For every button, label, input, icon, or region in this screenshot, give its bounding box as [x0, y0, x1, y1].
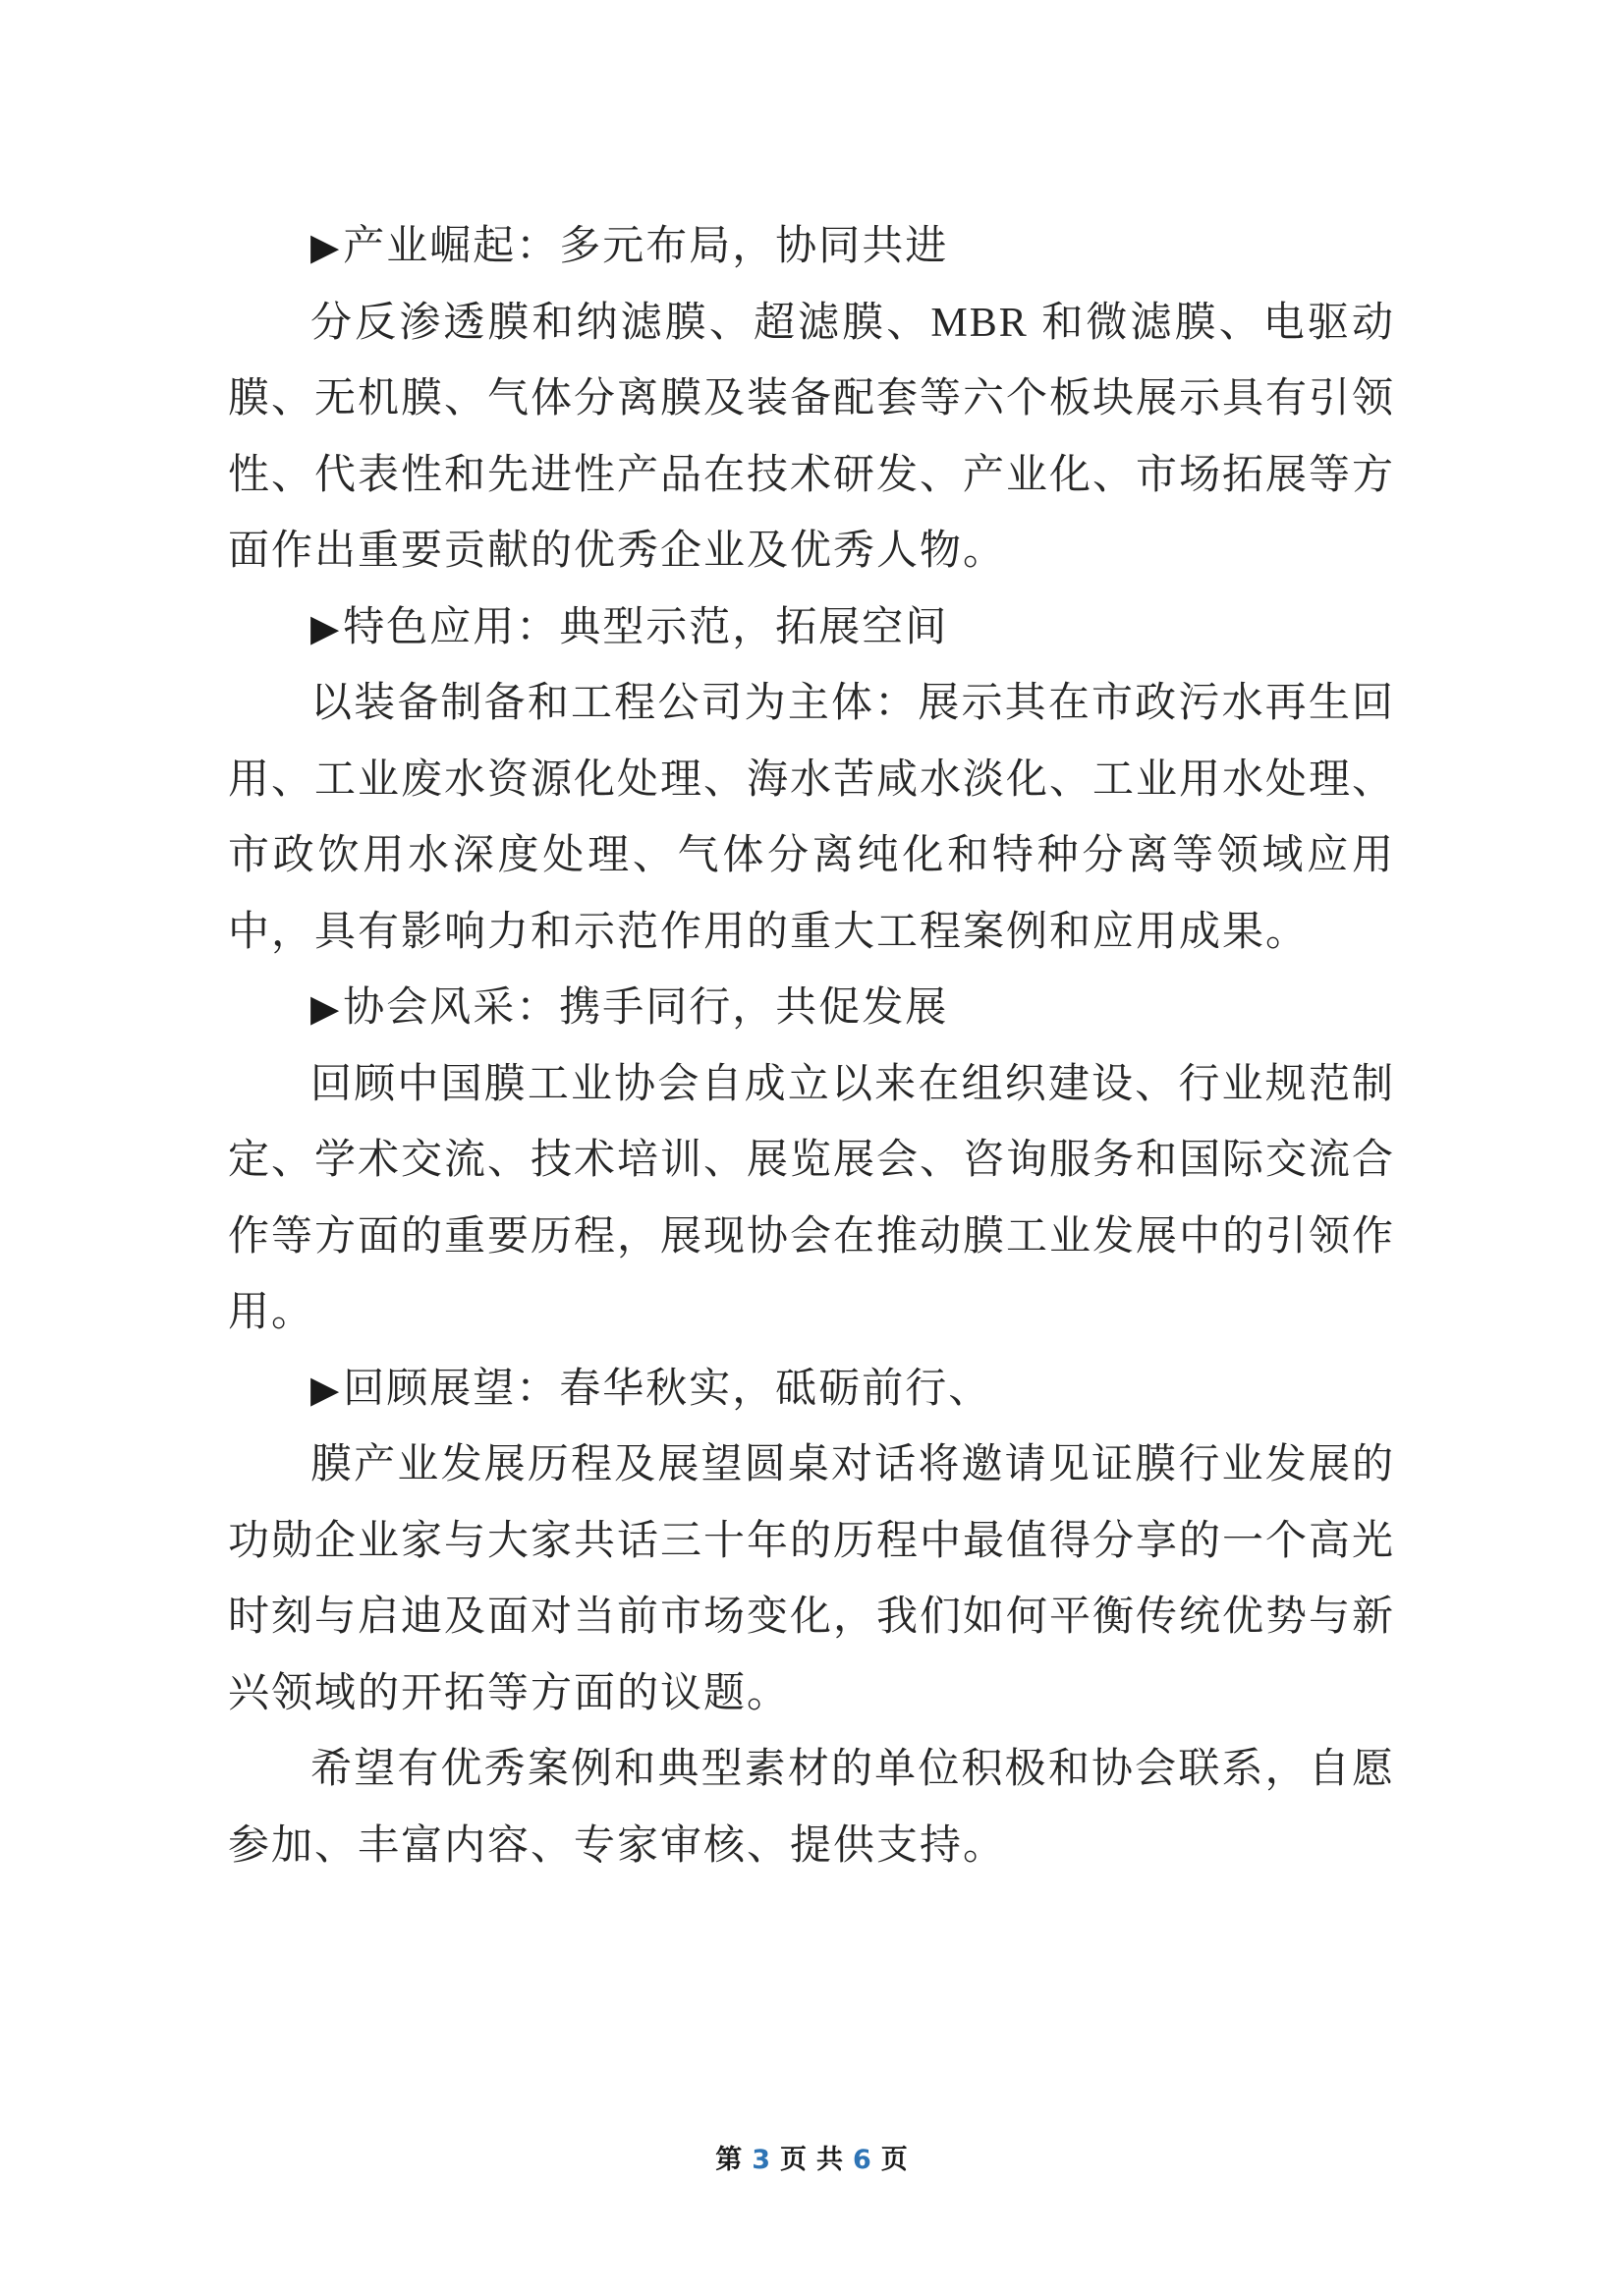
- document-page: ▶产业崛起：多元布局，协同共进 分反渗透膜和纳滤膜、超滤膜、MBR 和微滤膜、电…: [0, 0, 1623, 2296]
- triangle-bullet-icon: ▶: [310, 986, 341, 1030]
- section-paragraph: 以装备制备和工程公司为主体：展示其在市政污水再生回用、工业废水资源化处理、海水苦…: [228, 666, 1395, 971]
- footer-label: 页: [780, 2145, 807, 2175]
- page-footer: 第3页共6页: [0, 2138, 1623, 2176]
- section-paragraph: 膜产业发展历程及展望圆桌对话将邀请见证膜行业发展的功勋企业家与大家共话三十年的历…: [228, 1428, 1395, 1732]
- heading-text: 特色应用：典型示范，拓展空间: [343, 605, 948, 650]
- current-page-number: 3: [752, 2145, 770, 2175]
- section-heading-review-outlook: ▶回顾展望：春华秋实，砥砺前行、: [228, 1352, 1395, 1428]
- section-paragraph: 回顾中国膜工业协会自成立以来在组织建设、行业规范制定、学术交流、技术培训、展览展…: [228, 1047, 1395, 1352]
- section-heading-featured-applications: ▶特色应用：典型示范，拓展空间: [228, 590, 1395, 667]
- heading-text: 回顾展望：春华秋实，砥砺前行、: [343, 1367, 991, 1412]
- section-heading-association-highlights: ▶协会风采：携手同行，共促发展: [228, 971, 1395, 1047]
- footer-label: 共: [816, 2145, 843, 2175]
- document-content: ▶产业崛起：多元布局，协同共进 分反渗透膜和纳滤膜、超滤膜、MBR 和微滤膜、电…: [228, 209, 1395, 1884]
- triangle-bullet-icon: ▶: [310, 606, 341, 649]
- section-paragraph: 希望有优秀案例和典型素材的单位积极和协会联系，自愿参加、丰富内容、专家审核、提供…: [228, 1732, 1395, 1884]
- footer-label: 页: [881, 2145, 908, 2175]
- heading-text: 协会风采：携手同行，共促发展: [343, 985, 948, 1031]
- total-page-number: 6: [853, 2145, 871, 2175]
- section-paragraph: 分反渗透膜和纳滤膜、超滤膜、MBR 和微滤膜、电驱动膜、无机膜、气体分离膜及装备…: [228, 286, 1395, 590]
- footer-label: 第: [715, 2145, 742, 2175]
- heading-text: 产业崛起：多元布局，协同共进: [343, 224, 948, 269]
- section-heading-industry-rise: ▶产业崛起：多元布局，协同共进: [228, 209, 1395, 286]
- triangle-bullet-icon: ▶: [310, 1368, 341, 1411]
- triangle-bullet-icon: ▶: [310, 225, 341, 268]
